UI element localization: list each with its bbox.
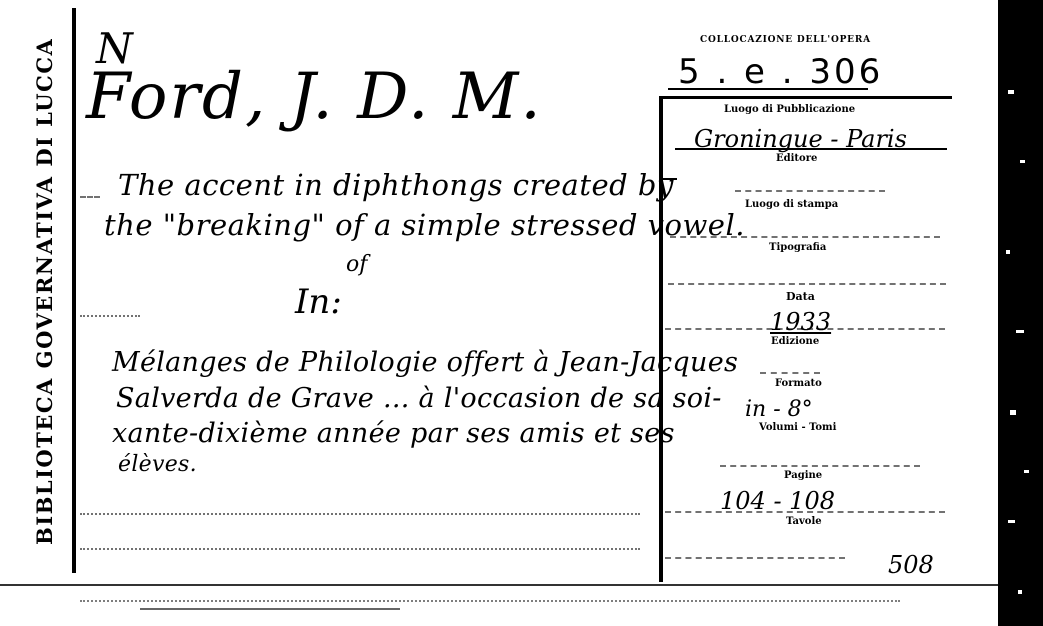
field-box-left: [659, 96, 663, 582]
field-box-tick: [663, 178, 677, 180]
title-line-2: the "breaking" of a simple stressed vowe…: [104, 208, 745, 242]
guide-line: [670, 236, 940, 238]
guide-line: [760, 372, 820, 374]
guide-line: [665, 511, 945, 513]
guide-line: [668, 283, 946, 285]
guide-line: [735, 190, 885, 192]
source-line-4: élèves.: [118, 452, 197, 477]
source-line-3: xante-dixième année par ses amis et ses: [112, 418, 675, 449]
shelfmark-underline: [668, 88, 868, 90]
library-name: BIBLIOTECA GOVERNATIVA DI LUCCA: [32, 38, 57, 545]
guide-line: [720, 465, 920, 467]
source-line-2: Salverda de Grave ... à l'occasion de sa…: [116, 383, 722, 414]
guide-line: [80, 548, 640, 550]
scan-noise-line: [140, 608, 400, 610]
shelfmark-label: COLLOCAZIONE DELL'OPERA: [700, 35, 871, 45]
author-name: Ford, J. D. M.: [86, 60, 543, 134]
printer-label: Tipografia: [769, 242, 826, 253]
guide-line: [80, 196, 100, 198]
card-bottom-edge: [0, 584, 998, 586]
guide-line: [80, 513, 640, 515]
guide-line: [665, 557, 845, 559]
printing-place-label: Luogo di stampa: [745, 199, 838, 210]
publisher-label: Editore: [776, 153, 817, 164]
shelfmark-value: 5 . e . 306: [678, 52, 883, 92]
catalog-card: BIBLIOTECA GOVERNATIVA DI LUCCA N Ford, …: [0, 0, 1043, 626]
scan-noise-line: [80, 600, 900, 602]
format-label: Formato: [775, 378, 822, 389]
publication-place-rule: [675, 148, 947, 150]
plates-label: Tavole: [786, 516, 822, 527]
field-box-top: [660, 96, 952, 99]
guide-line: [80, 315, 140, 317]
date-label: Data: [786, 290, 815, 303]
left-margin-rule: [72, 8, 76, 573]
format-value: in - 8°: [745, 397, 813, 422]
date-value: 1933: [770, 308, 831, 336]
pages-label: Pagine: [784, 470, 822, 481]
guide-line: [665, 328, 945, 330]
inventory-number: 508: [888, 551, 934, 579]
publication-place-label: Luogo di Pubblicazione: [724, 104, 855, 115]
title-line-1: The accent in diphthongs created by: [118, 168, 674, 202]
in-of: of: [346, 252, 367, 277]
edition-label: Edizione: [771, 336, 819, 347]
volumes-label: Volumi - Tomi: [759, 422, 836, 433]
source-line-1: Mélanges de Philologie offert à Jean-Jac…: [112, 347, 738, 378]
scanner-edge: [998, 0, 1043, 626]
in-label: In:: [295, 282, 342, 322]
